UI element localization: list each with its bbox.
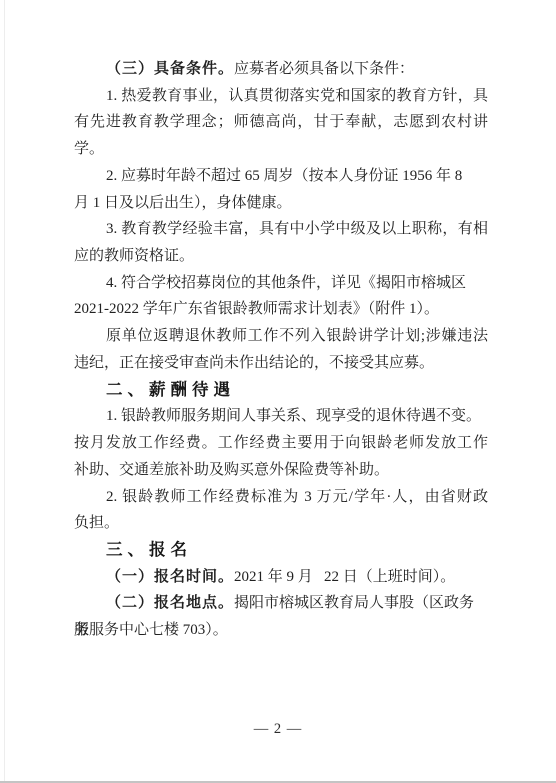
- text-line: （三）具备条件。应募者必须具备以下条件：: [74, 56, 488, 83]
- text-run: 2021-2022 学年广东省银龄教师需求计划表》（附件 1）。: [74, 301, 439, 317]
- heading-text: 二、薪酬待遇: [106, 381, 235, 399]
- text-run: 1. 热爱教育事业，认真贯彻落实党和国家的教育方针，具: [106, 88, 488, 104]
- section-heading-salary: 二、薪酬待遇: [74, 377, 488, 404]
- text-line: 原单位返聘退休教师工作不列入银龄讲学计划;涉嫌违法: [74, 323, 488, 350]
- text-line: （一）报名时间。2021 年 9 月 22 日（上班时间）。: [74, 564, 488, 591]
- text-run: 2. 应募时年龄不超过 65 周岁（按本人身份证 1956 年 8: [106, 168, 462, 184]
- text-line: 1. 银龄教师服务期间人事关系、现享受的退休待遇不变。: [74, 403, 488, 430]
- text-line: 4. 符合学校招募岗位的其他条件，详见《揭阳市榕城区: [74, 270, 488, 297]
- text-line: 违纪，正在接受审查尚未作出结论的，不接受其应募。: [74, 350, 488, 377]
- text-run: 务服务中心七楼 703）。: [74, 622, 228, 638]
- text-run: 1. 银龄教师服务期间人事关系、现享受的退休待遇不变。: [106, 408, 481, 424]
- text-line: 务服务中心七楼 703）。: [74, 617, 488, 644]
- text-run: 学。: [74, 141, 104, 157]
- page-number: — 2 —: [0, 721, 556, 738]
- bold-run: （三）具备条件。: [106, 61, 234, 77]
- text-line: 月 1 日及以后出生），身体健康。: [74, 190, 488, 217]
- document-body: （三）具备条件。应募者必须具备以下条件： 1. 热爱教育事业，认真贯彻落实党和国…: [74, 56, 488, 644]
- heading-text: 三、报名: [106, 541, 192, 559]
- text-run: 违纪，正在接受审查尚未作出结论的，不接受其应募。: [74, 355, 434, 371]
- text-line: 3. 教育教学经验丰富，具有中小学中级及以上职称，有相: [74, 216, 488, 243]
- text-line: 2021-2022 学年广东省银龄教师需求计划表》（附件 1）。: [74, 296, 488, 323]
- bold-run: （二）报名地点。: [106, 595, 234, 611]
- document-page: （三）具备条件。应募者必须具备以下条件： 1. 热爱教育事业，认真贯彻落实党和国…: [0, 0, 556, 783]
- text-run: 原单位返聘退休教师工作不列入银龄讲学计划;涉嫌违法: [106, 328, 488, 344]
- bold-run: （一）报名时间。: [106, 569, 234, 585]
- text-line: 学。: [74, 136, 488, 163]
- text-line: （二）报名地点。揭阳市榕城区教育局人事股（区政务服: [74, 590, 488, 617]
- text-line: 补助、交通差旅补助及购买意外保险费等补助。: [74, 457, 488, 484]
- text-line: 有先进教育教学理念；师德高尚，甘于奉献，志愿到农村讲: [74, 109, 488, 136]
- text-run: 4. 符合学校招募岗位的其他条件，详见《揭阳市榕城区: [106, 275, 466, 291]
- text-line: 1. 热爱教育事业，认真贯彻落实党和国家的教育方针，具: [74, 83, 488, 110]
- text-run: 应募者必须具备以下条件：: [234, 61, 414, 77]
- text-run: 2021 年 9 月 22 日（上班时间）。: [234, 569, 455, 585]
- text-run: 2. 银龄教师工作经费标准为 3 万元/学年·人，由省财政: [106, 489, 488, 505]
- text-run: 有先进教育教学理念；师德高尚，甘于奉献，志愿到农村讲: [74, 114, 488, 130]
- text-run: 应的教师资格证。: [74, 248, 194, 264]
- text-line: 按月发放工作经费。工作经费主要用于向银龄老师发放工作: [74, 430, 488, 457]
- text-line: 2. 银龄教师工作经费标准为 3 万元/学年·人，由省财政: [74, 484, 488, 511]
- text-run: 负担。: [74, 515, 119, 531]
- text-run: 3. 教育教学经验丰富，具有中小学中级及以上职称，有相: [106, 221, 488, 237]
- text-run: 按月发放工作经费。工作经费主要用于向银龄老师发放工作: [74, 435, 488, 451]
- text-line: 负担。: [74, 510, 488, 537]
- text-run: 月 1 日及以后出生），身体健康。: [74, 195, 292, 211]
- text-line: 应的教师资格证。: [74, 243, 488, 270]
- section-heading-registration: 三、报名: [74, 537, 488, 564]
- scan-edge-artifact: [4, 0, 5, 783]
- text-run: 补助、交通差旅补助及购买意外保险费等补助。: [74, 462, 389, 478]
- text-line: 2. 应募时年龄不超过 65 周岁（按本人身份证 1956 年 8: [74, 163, 488, 190]
